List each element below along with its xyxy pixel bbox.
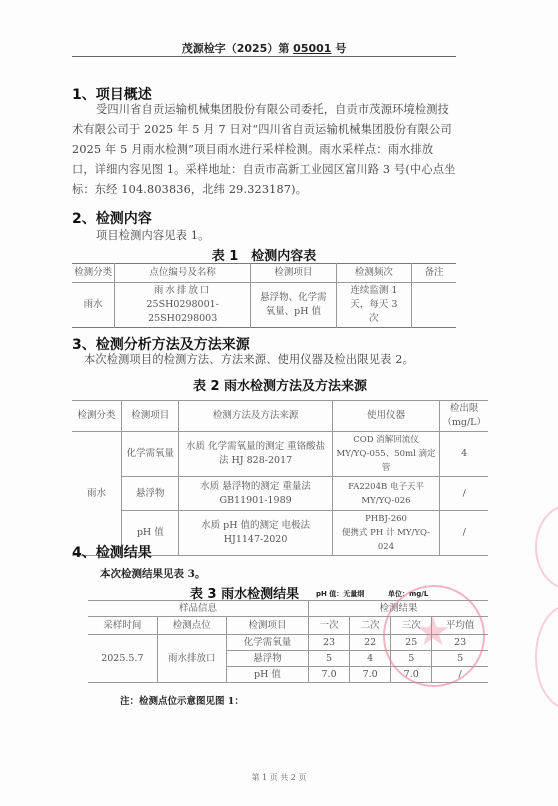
table-row: 雨水 化学需氧量 水质 化学需氧量的测定 重铬酸盐法 HJ 828-2017 C… (72, 432, 488, 477)
section-1-paragraph: 受四川省自贡运输机械集团股份有限公司委托，自贡市茂源环境检测技术有限公司于 20… (72, 100, 456, 200)
header-cell: 采样时间 (88, 617, 157, 635)
header-cell: 备注 (412, 264, 457, 283)
header-cell: 一次 (309, 617, 350, 635)
section-2-intro: 项目检测内容见表 1。 (72, 226, 456, 246)
table-row: 悬浮物 水质 悬浮物的测定 重量法GB11901-1989 FA2204B 电子… (72, 477, 488, 511)
method-line: 水质 化学需氧量的测定 重铬酸盐 (181, 440, 329, 454)
header-cell: 检测项目 (251, 264, 337, 283)
header-limit-unit: （mg/L） (442, 416, 486, 430)
table-header-row: 检测分类 点位编号及名称 检测项目 检测频次 备注 (72, 264, 456, 283)
header-divider (72, 56, 456, 57)
edge-seal-stamp-lower (535, 605, 558, 709)
section-4-intro: 本次检测结果见表 3。 (100, 566, 205, 581)
limit-cell: / (440, 511, 488, 556)
instrument-line: MY/YQ-055、50ml 滴定管 (335, 447, 438, 475)
frequency-cell: 连续监测 1 天，每天 3 次 (336, 283, 411, 328)
method-line: HJ1147-2020 (181, 533, 329, 547)
instrument-cell: COD 消解回流仪MY/YQ-055、50ml 滴定管 (332, 432, 440, 477)
header-cell: 点位编号及名称 (115, 264, 251, 283)
item-cell: 化学需氧量 (122, 432, 179, 477)
item-cell: 悬浮物 (226, 651, 308, 667)
header-cell: 检测频次 (336, 264, 411, 283)
limit-cell: / (440, 477, 488, 511)
header-cell: 检测项目 (122, 401, 179, 432)
header-cell: 检测方法及方法来源 (179, 401, 332, 432)
method-line: 法 HJ 828-2017 (181, 454, 329, 468)
header-limit: 检出限 (442, 402, 486, 416)
header-cell: 检出限 （mg/L） (440, 401, 488, 432)
instrument-line: PHBJ-260 (335, 512, 438, 526)
item-cell: 悬浮物 (122, 477, 179, 511)
header-cell: 使用仪器 (332, 401, 440, 432)
point-code: 25SH0298001-25SH0298003 (117, 298, 248, 326)
group-header-sample-info: 样品信息 (88, 601, 309, 617)
method-line: 水质 pH 值的测定 电极法 (181, 519, 329, 533)
table-1-detection-content: 检测分类 点位编号及名称 检测项目 检测频次 备注 雨水 雨水排放口 25SH0… (72, 263, 456, 328)
method-line: 水质 悬浮物的测定 重量法 (181, 480, 329, 494)
official-seal-stamp: ★ (383, 585, 485, 687)
section-3-intro: 本次检测项目的检测方法、方法来源、使用仪器及检出限见表 2。 (72, 350, 456, 370)
note-text: 注：检测点位示意图见图 1： (120, 693, 244, 707)
method-cell: 水质 悬浮物的测定 重量法GB11901-1989 (179, 477, 332, 511)
table-row: 雨水 雨水排放口 25SH0298001-25SH0298003 悬浮物、化学需… (72, 283, 456, 328)
header-cell: 检测分类 (72, 264, 115, 283)
value-cell: 7.0 (309, 667, 350, 683)
value-cell: 5 (309, 651, 350, 667)
page-footer: 第 1 页 共 2 页 (0, 772, 558, 783)
item-cell: pH 值 (226, 667, 308, 683)
value-cell: 4 (350, 651, 391, 667)
report-number: 茂源检字（2025）第 05001 号 (72, 40, 456, 56)
edge-seal-stamp-upper (535, 505, 558, 589)
instrument-line: COD 消解回流仪 (335, 433, 438, 447)
report-number-value: 05001 (293, 42, 331, 55)
point-name: 雨水排放口 (117, 284, 248, 298)
value-cell: 23 (309, 635, 350, 651)
instrument-cell: PHBJ-260便携式 PH 计 MY/YQ-024 (332, 511, 440, 556)
instrument-line: 便携式 PH 计 MY/YQ-024 (335, 526, 438, 554)
table-header-row: 检测分类 检测项目 检测方法及方法来源 使用仪器 检出限 （mg/L） (72, 401, 488, 432)
instrument-line: FA2204B 电子天平 (335, 480, 438, 494)
date-cell: 2025.5.7 (88, 635, 157, 683)
method-line: GB11901-1989 (181, 494, 329, 508)
table-1-caption: 表 1 检测内容表 (72, 245, 456, 264)
seal-star-icon: ★ (415, 609, 451, 655)
method-cell: 水质 pH 值的测定 电极法HJ1147-2020 (179, 511, 332, 556)
remark-cell (412, 283, 457, 328)
category-cell: 雨水 (72, 283, 115, 328)
ph-unit-note: pH 值：无量纲 (316, 589, 364, 599)
point-cell: 雨水排放口 25SH0298001-25SH0298003 (115, 283, 251, 328)
header-cell: 检测分类 (72, 401, 122, 432)
category-cell: 雨水 (72, 432, 122, 556)
report-number-prefix: 茂源检字（2025）第 (182, 42, 290, 55)
value-cell: 7.0 (350, 667, 391, 683)
section-2-title: 2、检测内容 (72, 208, 152, 228)
instrument-line: MY/YQ-026 (335, 494, 438, 508)
item-cell: 化学需氧量 (226, 635, 308, 651)
header-cell: 检测项目 (226, 617, 308, 635)
items-cell: 悬浮物、化学需氧量、pH 值 (251, 283, 337, 328)
section-4-title: 4、检测结果 (72, 542, 152, 562)
table-2-methods: 检测分类 检测项目 检测方法及方法来源 使用仪器 检出限 （mg/L） 雨水 化… (72, 400, 488, 556)
report-number-suffix: 号 (335, 42, 346, 55)
method-cell: 水质 化学需氧量的测定 重铬酸盐法 HJ 828-2017 (179, 432, 332, 477)
header-cell: 检测点位 (157, 617, 226, 635)
table-2-caption: 表 2 雨水检测方法及方法来源 (72, 375, 488, 394)
document-page: 茂源检字（2025）第 05001 号 1、项目概述 受四川省自贡运输机械集团股… (0, 0, 558, 806)
instrument-cell: FA2204B 电子天平MY/YQ-026 (332, 477, 440, 511)
point-cell: 雨水排放口 (157, 635, 226, 683)
limit-cell: 4 (440, 432, 488, 477)
